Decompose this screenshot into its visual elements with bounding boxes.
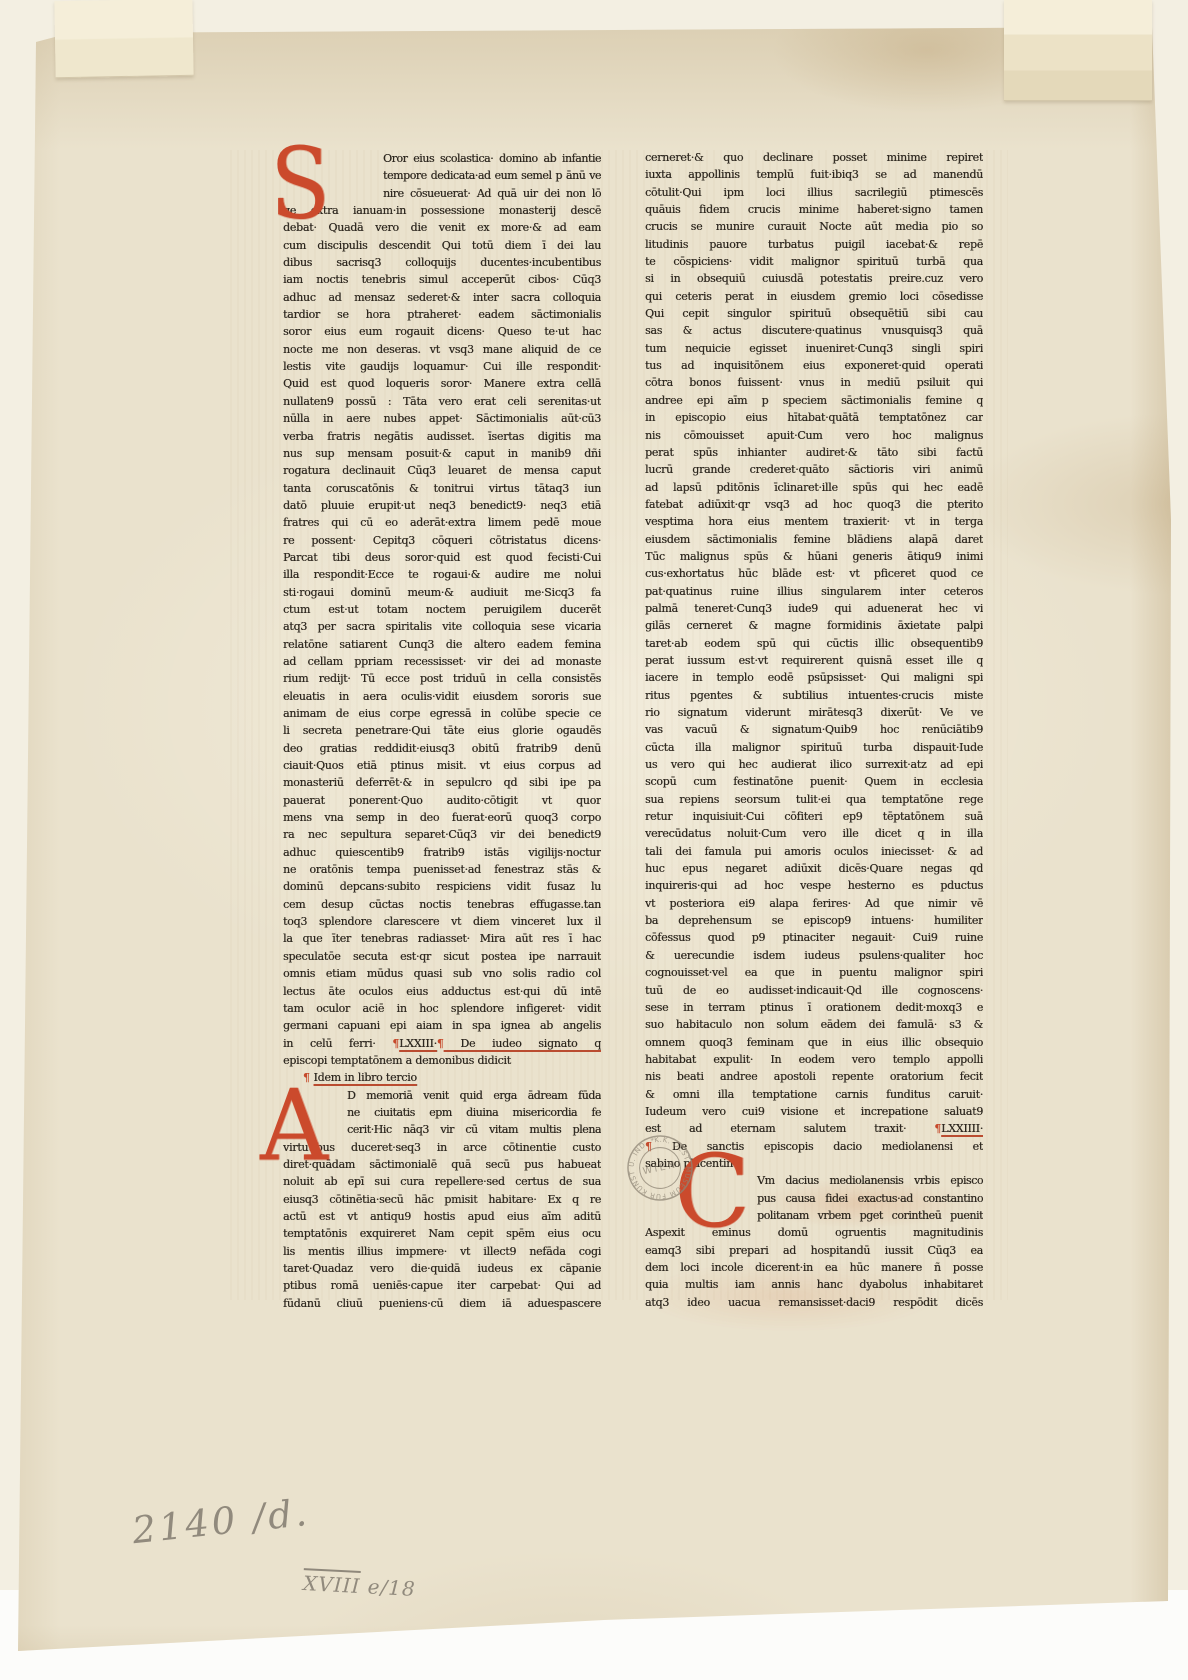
text-line: ra nec sepultura separet·Cūq3 vir dei be… (283, 826, 601, 843)
text-line: in episcopio eius hītabat·quātā temptatō… (645, 409, 983, 426)
text-segment: nis cōmouisset apuit·Cum vero hoc malign… (645, 429, 983, 442)
text-segment: iuxta appollinis templū fuit·ibiq3 se ad… (645, 168, 983, 181)
text-line: omnem quoq3 feminam que in eius illic ob… (645, 1034, 983, 1051)
text-line: si in obsequiū cuiusdā potestatis preire… (645, 270, 983, 287)
text-segment: ne ciuitatis epm diuina misericordia fe (347, 1106, 601, 1119)
text-line: quāuis fidem crucis minime haberet·signo… (645, 201, 983, 218)
text-line: huc epus negaret adiūxit dicēs·Quare neg… (645, 860, 983, 877)
text-line: crucis se munire curauit Nocte aūt media… (645, 218, 983, 235)
text-line: tempore dedicata·ad eum semel p ānū ve (283, 167, 601, 184)
text-line: fratres qui cū eo aderāt·extra limem ped… (283, 514, 601, 531)
text-segment: animam de eius corpe egressā in colūbe s… (283, 707, 601, 720)
text-segment: cus·exhortatus hūc blāde est· vt pficere… (645, 567, 983, 580)
text-line: sua repiens seorsum tulit·ei qua temptat… (645, 791, 983, 808)
text-line: la que īter tenebras radiasset· Mira aūt… (283, 930, 601, 947)
text-line: cōtulit·Qui ipm loci illius sacrilegiū p… (645, 184, 983, 201)
text-line: eleuatis in aera oculis·vidit eiusdem so… (283, 688, 601, 705)
text-line: soror eius eum rogauit dicens· Queso te·… (283, 323, 601, 340)
text-segment: vas vacuū & signatum·Quib9 hoc renūciāti… (645, 723, 983, 736)
text-segment: pauerat ponerent·Quo audito·cōtigit vt q… (283, 794, 601, 807)
text-segment: in episcopio eius hītabat·quātā temptatō… (645, 411, 983, 424)
text-line: ad lapsū pditōnis īclinaret·ille spūs qu… (645, 479, 983, 496)
text-line: diret·quādam sāctimonialē quā secū pus h… (283, 1156, 601, 1173)
text-segment: adhuc ad mensaz sederet·& inter sacra co… (283, 291, 601, 304)
text-segment: nocte me non deseras. vt vsq3 mane aliqu… (283, 343, 601, 356)
text-line: mens vna semp in deo fuerat·eorū quoq3 c… (283, 809, 601, 826)
text-segment: adhuc quiescentib9 fratrib9 istās vigili… (283, 846, 601, 859)
text-line: cognouisset·vel ea que in puentu maligno… (645, 964, 983, 981)
text-line: taret·ab eodem spū qui cūctis illic obse… (645, 635, 983, 652)
library-stamp-wien: K.K. OEST. MUSEUM FÜR KUNST U. IND. * WI… (620, 1128, 701, 1209)
text-segment: cūcta illa malignor spirituū turba dispa… (645, 741, 983, 754)
text-segment: scopū cum festinatōne puenit· Quem in ec… (645, 775, 983, 788)
text-line: lectus āte oculos eius adductus est·qui … (283, 983, 601, 1000)
text-segment: lucrū grande crederet·quāto sāctioris vi… (645, 463, 983, 476)
text-segment: perat spūs inhianter audiret·& tāto sibi… (645, 446, 983, 459)
text-line: dominū depcans·subito respiciens vidit f… (283, 878, 601, 895)
text-segment: ad lapsū pditōnis īclinaret·ille spūs qu… (645, 481, 983, 494)
text-segment: qui ceteris perat in eiusdem gremio loci… (645, 290, 983, 303)
text-line: actū est vt antiqu9 hostis apud eius aīm… (283, 1208, 601, 1225)
text-segment: De iudeo signato q (444, 1037, 601, 1050)
text-line: ptibus romā ueniēs·capue iter carpebat· … (283, 1277, 601, 1294)
text-segment: ciauit·Quos etiā ptinus misit. vt eius c… (283, 759, 601, 772)
text-line: cus·exhortatus hūc blāde est· vt pficere… (645, 565, 983, 582)
text-line: ne oratōnis tempa puenisset·ad fenestraz… (283, 861, 601, 878)
text-segment: habitabat expulit· In eodem vero templo … (645, 1053, 983, 1066)
text-line: eiusdem sāctimonialis femine blādiens al… (645, 531, 983, 548)
text-line: quia multis iam annis hanc dyabolus inha… (645, 1276, 983, 1293)
text-segment: Qui cepit singulor spirituū obsequētiū s… (645, 307, 983, 320)
text-line: cōfessus quod p9 ptinaciter negauit· Cui… (645, 929, 983, 946)
text-segment: Quid est quod loqueris soror· Manere ext… (283, 377, 601, 390)
text-segment: cem desup cūctas noctis tenebras effugas… (283, 898, 601, 911)
text-segment: palmā teneret·Cunq3 iude9 qui aduenerat … (645, 602, 983, 615)
text-segment: rium redijt· Tū ecce post triduū in cell… (283, 672, 601, 685)
text-line: Qui cepit singulor spirituū obsequētiū s… (645, 305, 983, 322)
text-segment: rio signatum viderunt mirātesq3 dixerūt·… (645, 706, 983, 719)
text-segment: debat· Quadā vero die venit ex more·& ad… (283, 221, 601, 234)
text-segment: tali dei famula pui amoris oculos inieci… (645, 845, 983, 858)
text-line: retur inquisiuit·Cui cōfiteri ep9 tēptat… (645, 808, 983, 825)
text-line: Tūc malignus spūs & hūani generis ātiqu9… (645, 548, 983, 565)
text-line: Parcat tibi deus soror·quid est quod fec… (283, 549, 601, 566)
text-line: nocte me non deseras. vt vsq3 mane aliqu… (283, 341, 601, 358)
shelfmark-roman: XVIII (302, 1568, 361, 1598)
text-line: palmā teneret·Cunq3 iude9 qui aduenerat … (645, 600, 983, 617)
text-line: virtutibus duceret·seq3 in arce cōtinent… (283, 1139, 601, 1156)
text-line: ad cellam ppriam recessisset· vir dei ad… (283, 653, 601, 670)
text-line: scopū cum festinatōne puenit· Quem in ec… (645, 773, 983, 790)
text-line: andree epi aīm p speciem sāctimonialis f… (645, 392, 983, 409)
text-segment: cerit·Hic nāq3 vir cū vitam multis plena (347, 1123, 601, 1136)
text-line: tali dei famula pui amoris oculos inieci… (645, 843, 983, 860)
text-segment: lestis vite gaudijs loquamur· Cui ille r… (283, 360, 601, 373)
text-line: noluit ab epī sui cura repellere·sed cer… (283, 1173, 601, 1190)
text-segment: politanam vrbem pget corintheū puenit (757, 1209, 983, 1222)
text-line: datō pluuie erupit·ut neq3 benedict9· ne… (283, 497, 601, 514)
tape-mount-top-left (54, 0, 193, 78)
text-column-left: Oror eius scolastica· domino ab infantie… (283, 150, 601, 1312)
text-segment: fūdanū cliuū pueniens·cū diem iā aduespa… (283, 1297, 601, 1310)
text-line: rio signatum viderunt mirātesq3 dixerūt·… (645, 704, 983, 721)
text-line: Oror eius scolastica· domino ab infantie (283, 150, 601, 167)
text-line: relatōne satiarent Cunq3 die altero eade… (283, 636, 601, 653)
text-line: ritus pgentes & subtilius intuentes·cruc… (645, 687, 983, 704)
text-line: vt posteriora ei9 alapa ferires· Ad que … (645, 895, 983, 912)
text-segment: taret·Quadaz vero die·quidā iudeus ex cā… (283, 1262, 601, 1275)
text-segment: cōtra bonos fuissent· vnus in mediū psil… (645, 376, 983, 389)
text-segment: sas & actus discutere·quatinus vnusquisq… (645, 324, 983, 337)
text-segment: tempore dedicata·ad eum semel p ānū ve (383, 169, 601, 182)
text-segment: dibus sacrisq3 colloquijs ducentes·incub… (283, 256, 601, 269)
text-segment: perat iussum est·vt requirerent quisnā e… (645, 654, 983, 667)
text-segment: omnem quoq3 feminam que in eius illic ob… (645, 1036, 983, 1049)
text-segment: pus causa fidei exactus·ad constantino (757, 1192, 983, 1205)
text-line: pauerat ponerent·Quo audito·cōtigit vt q… (283, 792, 601, 809)
text-line: ciauit·Quos etiā ptinus misit. vt eius c… (283, 757, 601, 774)
text-line: episcopi temptatōnem a demonibus didicit (283, 1052, 601, 1069)
text-line: us vero qui hec audierat ilico surrexit·… (645, 756, 983, 773)
text-segment: nis beati andree apostoli repente orator… (645, 1070, 983, 1083)
text-segment: ge extra ianuam·in possessione monasteri… (283, 204, 601, 217)
shelfmark-suffix: e/18 (360, 1574, 417, 1601)
text-line: & omni illa temptatione carnis funditus … (645, 1086, 983, 1103)
text-segment: sti·rogaui dominū meum·& audiuit me·Sicq… (283, 586, 601, 599)
text-line: li secreta penetrare·Qui tāte eius glori… (283, 722, 601, 739)
text-segment: quāuis fidem crucis minime haberet·signo… (645, 203, 983, 216)
text-line: lucrū grande crederet·quāto sāctioris vi… (645, 461, 983, 478)
text-segment: ne oratōnis tempa puenisset·ad fenestraz… (283, 863, 601, 876)
text-segment: noluit ab epī sui cura repellere·sed cer… (283, 1175, 601, 1188)
text-line: animam de eius corpe egressā in colūbe s… (283, 705, 601, 722)
text-segment: te cōspiciens· vidit malignor spirituū t… (645, 255, 983, 268)
text-line: sese in terram ptinus ī orationem dedit·… (645, 999, 983, 1016)
text-segment: tanta coruscatōnis & tonitrui virtus tāt… (283, 482, 601, 495)
tape-mount-top-right (1004, 0, 1152, 101)
text-line: verecūdatus noluit·Cum vero ille dicet q… (645, 825, 983, 842)
text-segment: relatōne satiarent Cunq3 die altero eade… (283, 638, 601, 651)
text-line: sas & actus discutere·quatinus vnusquisq… (645, 322, 983, 339)
text-segment: toq3 splendore clarescere vt diem vincer… (283, 915, 601, 928)
text-segment: tus ad inquisitōnem eius exponeret·quid … (645, 359, 983, 372)
text-segment: Parcat tibi deus soror·quid est quod fec… (283, 551, 601, 564)
rubric-paragraph-mark: ¶ (437, 1037, 444, 1050)
text-line: Quid est quod loqueris soror· Manere ext… (283, 375, 601, 392)
text-line: gilās cerneret & magne formidinis āxieta… (645, 617, 983, 634)
page-sheet: Oror eius scolastica· domino ab infantie… (0, 0, 1188, 1680)
text-line: qui ceteris perat in eiusdem gremio loci… (645, 288, 983, 305)
text-line: tam oculor aciē in hoc splendore infiger… (283, 1000, 601, 1017)
text-line: cerit·Hic nāq3 vir cū vitam multis plena (283, 1121, 601, 1138)
text-segment: datō pluuie erupit·ut neq3 benedict9· ne… (283, 499, 601, 512)
text-line: ba deprehensum se episcop9 intuens· humi… (645, 912, 983, 929)
text-line: nire cōsueuerat· Ad quā uir dei non lō (283, 185, 601, 202)
text-segment: taret·ab eodem spū qui cūctis illic obse… (645, 637, 983, 650)
text-segment: actū est vt antiqu9 hostis apud eius aīm… (283, 1210, 601, 1223)
text-line: fūdanū cliuū pueniens·cū diem iā aduespa… (283, 1295, 601, 1312)
text-line: dem loci incole dicerent·in ea hūc maner… (645, 1259, 983, 1276)
text-segment: verecūdatus noluit·Cum vero ille dicet q… (645, 827, 983, 840)
pencil-shelfmark: XVIII e/18 (302, 1571, 416, 1601)
text-line: vesptima hora eius mentem traxierit· vt … (645, 513, 983, 530)
text-line: tanta coruscatōnis & tonitrui virtus tāt… (283, 480, 601, 497)
text-line: sti·rogaui dominū meum·& audiuit me·Sicq… (283, 584, 601, 601)
text-segment: litudinis pauore turbatus puigil iacebat… (645, 238, 983, 251)
text-line: ctum est·ut totam noctem peruigilem duce… (283, 601, 601, 618)
text-segment: fratres qui cū eo aderāt·extra limem ped… (283, 516, 601, 529)
text-line: habitabat expulit· In eodem vero templo … (645, 1051, 983, 1068)
text-line: cōtra bonos fuissent· vnus in mediū psil… (645, 374, 983, 391)
text-segment: germani capuani epi aiam in spa ignea ab… (283, 1019, 601, 1032)
text-segment: lectus āte oculos eius adductus est·qui … (283, 985, 601, 998)
text-line: tum nequicie egisset inueniret·Cunq3 sin… (645, 340, 983, 357)
text-line: iam noctis tenebris simul acceperūt cibo… (283, 271, 601, 288)
text-line: eiusq3 cōtinētia·secū hāc pmisit habitar… (283, 1191, 601, 1208)
text-segment: Vm dacius mediolanensis vrbis episco (757, 1174, 983, 1187)
text-line: dibus sacrisq3 colloquijs ducentes·incub… (283, 254, 601, 271)
text-segment: illa respondit·Ecce te rogaui·& audire m… (283, 568, 601, 581)
text-line: speculatōe secuta est·qr sicut postea ip… (283, 948, 601, 965)
text-segment: LXXIII· (399, 1037, 437, 1050)
text-segment: crucis se munire curauit Nocte aūt media… (645, 220, 983, 233)
text-segment: cerneret·& quo declinare posset minime r… (645, 151, 983, 164)
text-segment: in celū ferri· (283, 1037, 392, 1050)
text-line: in celū ferri· ¶LXXIII·¶ De iudeo signat… (283, 1035, 601, 1052)
text-segment: monasteriū deferrēt·& in sepulcro qd sib… (283, 776, 601, 789)
text-segment: sua repiens seorsum tulit·ei qua temptat… (645, 793, 983, 806)
text-line: tardior se hora ptraheret· eadem sāctimo… (283, 306, 601, 323)
text-line: rogatura declinauit Cūq3 leuaret de mens… (283, 462, 601, 479)
text-segment: & omni illa temptatione carnis funditus … (645, 1088, 983, 1101)
text-line: illa respondit·Ecce te rogaui·& audire m… (283, 566, 601, 583)
text-line: nūlla in aere nubes appet· Sāctimonialis… (283, 410, 601, 427)
text-line: perat spūs inhianter audiret·& tāto sibi… (645, 444, 983, 461)
text-line: omnis etiam mūdus quasi sub vno solis ra… (283, 965, 601, 982)
text-line: toq3 splendore clarescere vt diem vincer… (283, 913, 601, 930)
text-line: inquireris·qui ad hoc vespe hesterno es … (645, 877, 983, 894)
text-segment: ritus pgentes & subtilius intuentes·cruc… (645, 689, 983, 702)
text-line: temptatōnis exquireret Nam cepit spēm ei… (283, 1225, 601, 1242)
text-line: & uerecundie isdem iudeus psulens·qualit… (645, 947, 983, 964)
text-line: ge extra ianuam·in possessione monasteri… (283, 202, 601, 219)
text-segment: diret·quādam sāctimonialē quā secū pus h… (283, 1158, 601, 1171)
text-segment: li secreta penetrare·Qui tāte eius glori… (283, 724, 601, 737)
text-line: pat·quatinus ruine illius singularem int… (645, 583, 983, 600)
text-segment: ba deprehensum se episcop9 intuens· humi… (645, 914, 983, 927)
text-segment: nūlla in aere nubes appet· Sāctimonialis… (283, 412, 601, 425)
text-line: lestis vite gaudijs loquamur· Cui ille r… (283, 358, 601, 375)
text-segment: eiusdem sāctimonialis femine blādiens al… (645, 533, 983, 546)
text-segment: atq3 ideo uacua remansisset·daci9 respōd… (645, 1296, 983, 1309)
text-line: rium redijt· Tū ecce post triduū in cell… (283, 670, 601, 687)
text-line: verba fratris negātis audisset. īsertas … (283, 428, 601, 445)
text-line: monasteriū deferrēt·& in sepulcro qd sib… (283, 774, 601, 791)
text-segment: us vero qui hec audierat ilico surrexit·… (645, 758, 983, 771)
text-segment: tum nequicie egisset inueniret·Cunq3 sin… (645, 342, 983, 355)
rubricated-initial-s: S (270, 135, 330, 234)
text-segment: huc epus negaret adiūxit dicēs·Quare neg… (645, 862, 983, 875)
text-segment: tardior se hora ptraheret· eadem sāctimo… (283, 308, 601, 321)
text-segment: D memoriā venit quid erga ādream fūda (347, 1089, 601, 1102)
text-segment: deo gratias reddidit·eiusq3 obitū fratri… (283, 742, 601, 755)
text-line: litudinis pauore turbatus puigil iacebat… (645, 236, 983, 253)
text-segment: ctum est·ut totam noctem peruigilem duce… (283, 603, 601, 616)
text-segment: dominū depcans·subito respiciens vidit f… (283, 880, 601, 893)
text-line: atq3 per sacra spiritalis vite colloquia… (283, 618, 601, 635)
text-line: tuū de eo audisset·indicauit·Qd ille cog… (645, 982, 983, 999)
text-segment: quia multis iam annis hanc dyabolus inha… (645, 1278, 983, 1291)
text-line: lis mentis illius impmere· vt illect9 ne… (283, 1243, 601, 1260)
text-segment: Iudeum vero cui9 visione et increpatione… (645, 1105, 983, 1118)
text-segment: lis mentis illius impmere· vt illect9 ne… (283, 1245, 601, 1258)
text-segment: tuū de eo audisset·indicauit·Qd ille cog… (645, 984, 983, 997)
text-segment: iam noctis tenebris simul acceperūt cibo… (283, 273, 601, 286)
text-line: tus ad inquisitōnem eius exponeret·quid … (645, 357, 983, 374)
text-line: te cōspiciens· vidit malignor spirituū t… (645, 253, 983, 270)
text-line: adhuc ad mensaz sederet·& inter sacra co… (283, 289, 601, 306)
text-line: debat· Quadā vero die venit ex more·& ad… (283, 219, 601, 236)
text-segment: Tūc malignus spūs & hūani generis ātiqu9… (645, 550, 983, 563)
text-segment: vt posteriora ei9 alapa ferires· Ad que … (645, 897, 983, 910)
text-segment: eiusq3 cōtinētia·secū hāc pmisit habitar… (283, 1193, 601, 1206)
pencil-inventory-number: 2140 /d. (130, 1491, 311, 1552)
text-segment: & uerecundie isdem iudeus psulens·qualit… (645, 949, 983, 962)
text-segment: cōtulit·Qui ipm loci illius sacrilegiū p… (645, 186, 983, 199)
rubricated-initial-a: A (260, 1078, 328, 1177)
text-segment: tam oculor aciē in hoc splendore infiger… (283, 1002, 601, 1015)
text-segment: iacere in templo eodē psūpsisset· Qui ma… (645, 671, 983, 684)
text-segment: gilās cerneret & magne formidinis āxieta… (645, 619, 983, 632)
text-segment: si in obsequiū cuiusdā potestatis preire… (645, 272, 983, 285)
text-segment: inquireris·qui ad hoc vespe hesterno es … (645, 879, 983, 892)
text-line: D memoriā venit quid erga ādream fūda (283, 1087, 601, 1104)
text-segment: soror eius eum rogauit dicens· Queso te·… (283, 325, 601, 338)
text-segment: nus sup mensam posuit·& caput in manib9 … (283, 447, 601, 460)
text-line: adhuc quiescentib9 fratrib9 istās vigili… (283, 844, 601, 861)
text-segment: nullaten9 possū : Tāta vero erat celi se… (283, 395, 601, 408)
text-segment: LXXIIII· (941, 1122, 983, 1135)
text-line: deo gratias reddidit·eiusq3 obitū fratri… (283, 740, 601, 757)
text-segment: nire cōsueuerat· Ad quā uir dei non lō (383, 187, 601, 200)
text-segment: suo habitaculo non solum eādem dei famul… (645, 1018, 983, 1031)
text-segment: retur inquisiuit·Cui cōfiteri ep9 tēptat… (645, 810, 983, 823)
text-segment: omnis etiam mūdus quasi sub vno solis ra… (283, 967, 601, 980)
text-segment: speculatōe secuta est·qr sicut postea ip… (283, 950, 601, 963)
text-segment: vesptima hora eius mentem traxierit· vt … (645, 515, 983, 528)
text-line: iuxta appollinis templū fuit·ibiq3 se ad… (645, 166, 983, 183)
text-segment: rogatura declinauit Cūq3 leuaret de mens… (283, 464, 601, 477)
text-segment: cōfessus quod p9 ptinaciter negauit· Cui… (645, 931, 983, 944)
text-line: ne ciuitatis epm diuina misericordia fe (283, 1104, 601, 1121)
text-segment: cognouisset·vel ea que in puentu maligno… (645, 966, 983, 979)
text-segment: episcopi temptatōnem a demonibus didicit (283, 1054, 511, 1067)
text-line: germani capuani epi aiam in spa ignea ab… (283, 1017, 601, 1034)
text-segment: ad cellam ppriam recessisset· vir dei ad… (283, 655, 601, 668)
text-line: vas vacuū & signatum·Quib9 hoc renūciāti… (645, 721, 983, 738)
text-segment: fatebat adiūxit·qr vsq3 ad hoc quoq3 die… (645, 498, 983, 511)
text-segment: ptibus romā ueniēs·capue iter carpebat· … (283, 1279, 601, 1292)
text-segment: dem loci incole dicerent·in ea hūc maner… (645, 1261, 983, 1274)
text-line: atq3 ideo uacua remansisset·daci9 respōd… (645, 1294, 983, 1311)
text-segment: mens vna semp in deo fuerat·eorū quoq3 c… (283, 811, 601, 824)
text-segment: cum discipulis descendit Qui totū diem ī… (283, 239, 601, 252)
text-line: cerneret·& quo declinare posset minime r… (645, 149, 983, 166)
text-line: ¶ Idem in libro tercio (283, 1069, 601, 1086)
text-segment: la que īter tenebras radiasset· Mira aūt… (283, 932, 601, 945)
text-line: suo habitaculo non solum eādem dei famul… (645, 1016, 983, 1033)
text-segment: ra nec sepultura separet·Cūq3 vir dei be… (283, 828, 601, 841)
stamp-center-text: WIEN (642, 1159, 678, 1177)
text-line: cum discipulis descendit Qui totū diem ī… (283, 237, 601, 254)
text-segment: eleuatis in aera oculis·vidit eiusdem so… (283, 690, 601, 703)
text-line: re possent· Cepitq3 cōqueri cōtristatus … (283, 532, 601, 549)
text-line: perat iussum est·vt requirerent quisnā e… (645, 652, 983, 669)
text-segment: virtutibus duceret·seq3 in arce cōtinent… (283, 1141, 601, 1154)
text-line: nis beati andree apostoli repente orator… (645, 1068, 983, 1085)
text-segment: re possent· Cepitq3 cōqueri cōtristatus … (283, 534, 601, 547)
text-line: cem desup cūctas noctis tenebras effugas… (283, 896, 601, 913)
text-segment: Oror eius scolastica· domino ab infantie (383, 152, 601, 165)
text-line: nis cōmouisset apuit·Cum vero hoc malign… (645, 427, 983, 444)
text-segment: sese in terram ptinus ī orationem dedit·… (645, 1001, 983, 1014)
text-line: nus sup mensam posuit·& caput in manib9 … (283, 445, 601, 462)
text-line: fatebat adiūxit·qr vsq3 ad hoc quoq3 die… (645, 496, 983, 513)
text-line: iacere in templo eodē psūpsisset· Qui ma… (645, 669, 983, 686)
text-segment: Idem in libro tercio (313, 1071, 416, 1084)
text-segment: andree epi aīm p speciem sāctimonialis f… (645, 394, 983, 407)
text-segment: atq3 per sacra spiritalis vite colloquia… (283, 620, 601, 633)
text-segment: temptatōnis exquireret Nam cepit spēm ei… (283, 1227, 601, 1240)
text-segment: pat·quatinus ruine illius singularem int… (645, 585, 983, 598)
text-line: Iudeum vero cui9 visione et increpatione… (645, 1103, 983, 1120)
text-line: nullaten9 possū : Tāta vero erat celi se… (283, 393, 601, 410)
text-line: taret·Quadaz vero die·quidā iudeus ex cā… (283, 1260, 601, 1277)
text-line: cūcta illa malignor spirituū turba dispa… (645, 739, 983, 756)
text-segment: verba fratris negātis audisset. īsertas … (283, 430, 601, 443)
